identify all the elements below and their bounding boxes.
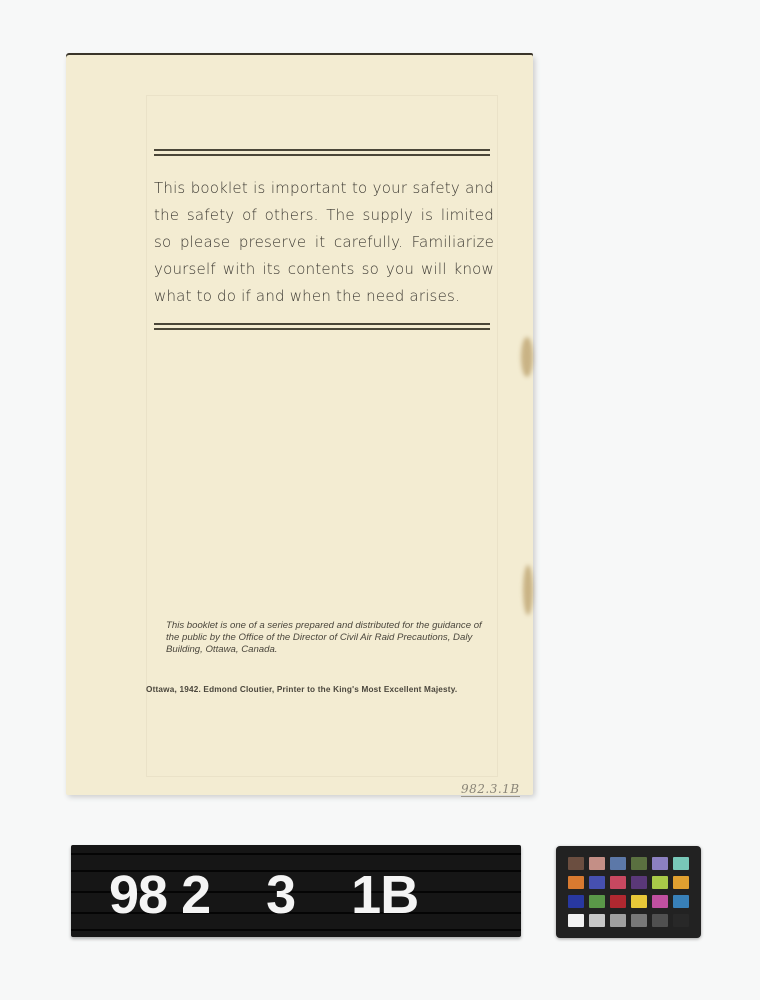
color-swatch	[631, 876, 647, 889]
color-swatch	[589, 895, 605, 908]
board-groove	[71, 929, 521, 931]
color-swatch	[589, 914, 605, 927]
color-swatch	[673, 857, 689, 870]
board-number-label: 98 2 3 1B	[109, 865, 418, 925]
color-swatch	[631, 914, 647, 927]
color-swatch	[589, 857, 605, 870]
series-note: This booklet is one of a series prepared…	[166, 620, 486, 656]
color-calibration-chart	[556, 846, 701, 938]
board-groove	[71, 853, 521, 855]
color-swatch	[673, 914, 689, 927]
accession-number-board: 98 2 3 1B	[71, 845, 521, 937]
foxing-stain	[523, 565, 533, 615]
color-swatch	[610, 857, 626, 870]
color-swatch	[652, 857, 668, 870]
color-swatch	[652, 895, 668, 908]
handwritten-accession-number: 982.3.1B	[461, 782, 520, 797]
color-swatch	[631, 857, 647, 870]
color-swatch	[568, 895, 584, 908]
color-swatch	[652, 876, 668, 889]
booklet-back-cover: This booklet is important to your safety…	[66, 55, 533, 795]
color-swatch	[652, 914, 668, 927]
bottom-double-rule	[154, 323, 490, 330]
color-swatch	[673, 895, 689, 908]
safety-notice: This booklet is important to your safety…	[154, 175, 494, 310]
color-swatch	[673, 876, 689, 889]
color-swatch	[568, 914, 584, 927]
printer-imprint: Ottawa, 1942. Edmond Cloutier, Printer t…	[146, 685, 486, 694]
color-swatch	[589, 876, 605, 889]
color-swatch	[610, 914, 626, 927]
top-double-rule	[154, 149, 490, 156]
color-swatch	[568, 857, 584, 870]
foxing-stain	[521, 337, 533, 377]
color-swatch	[610, 876, 626, 889]
color-swatch	[568, 876, 584, 889]
color-swatch	[610, 895, 626, 908]
color-swatch	[631, 895, 647, 908]
